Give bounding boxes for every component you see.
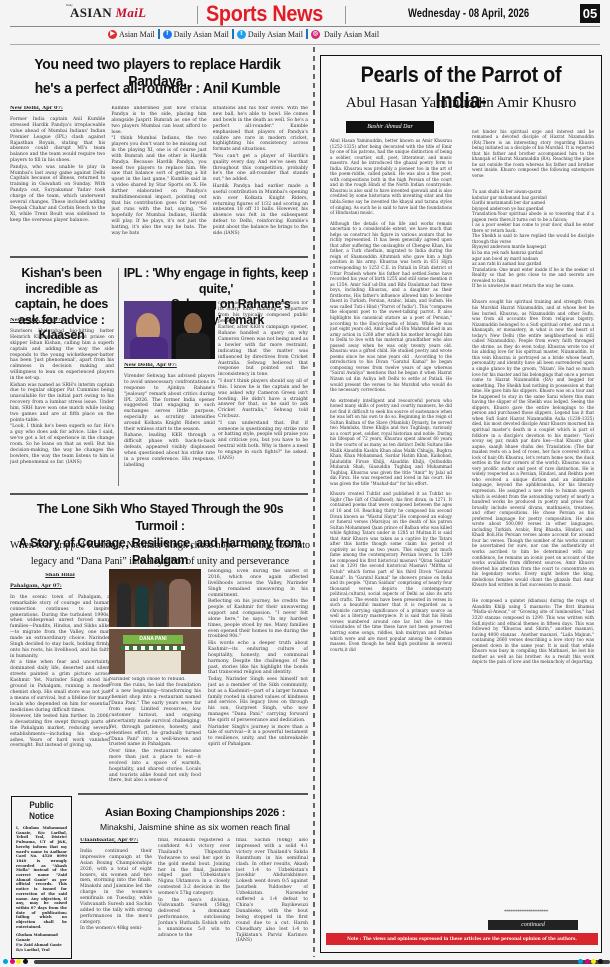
restaurant-awning (121, 646, 185, 650)
paragraph: Abul Hasan Yaminuddin, better known as A… (330, 138, 452, 216)
article-columns: belonging. Even during the unrest of 201… (208, 569, 308, 788)
paragraph: situations and his four overs. With the … (213, 106, 308, 153)
photo-figure-sehwag (184, 313, 202, 335)
twitter-icon[interactable]: t (237, 30, 246, 39)
headline-line: IPL : 'Why engage in fights, keep quite,… (124, 266, 309, 296)
signature-line: R/o Laribal, Tral (16, 948, 67, 953)
feature-column: not hinder his spiritual urge and intere… (472, 123, 594, 905)
cyan-dot-icon (578, 959, 583, 964)
paragraph: His words echo a deeper truth about Kash… (208, 641, 308, 676)
article-column: final, Minakshi registered a confident 4… (158, 838, 230, 953)
social-facebook-label[interactable]: Daily Asian Mail (174, 30, 229, 39)
article-column: New Delhi, Apr 07: Virender Sehwag has a… (124, 363, 215, 488)
article-column: New Delhi, Apr 07: Former India captain … (10, 106, 105, 252)
paragraph: Narinder Singh's journey is more than a … (208, 725, 308, 749)
paragraph: not hinder his spiritual urge and intere… (472, 129, 594, 179)
paragraph: belonging. Even during the unrest of 201… (208, 569, 308, 599)
page-number: 05 (580, 4, 600, 23)
masthead-divider (197, 6, 198, 24)
restaurant-sign: DANA PANI (123, 635, 183, 644)
instagram-icon[interactable]: ◎ (311, 30, 320, 39)
article-columns: New Delhi, Apr 07: Former India captain … (10, 106, 308, 252)
article-photo-restaurant: DANA PANI (109, 629, 201, 674)
section-divider (10, 256, 308, 258)
article-column: Shah Hilal Pahalgam, Apr 07: In the scen… (10, 573, 110, 788)
social-instagram-label[interactable]: Daily Asian Mail (324, 30, 379, 39)
article-column: Narinder Singh chose to rebuild. From th… (109, 677, 201, 788)
paragraph: Sunrisers Hyderabad big-hitting batter H… (10, 329, 114, 382)
section-divider (78, 793, 308, 795)
photo-figure-rahane-jersey (130, 337, 168, 359)
column-divider (118, 268, 119, 486)
article-column: situations and his four overs. With the … (213, 106, 308, 252)
notice-title: Public Notice (20, 800, 63, 822)
social-youtube-label[interactable]: Asian Mail (119, 30, 155, 39)
article-subheadline: When fear gripped Kashmir, Narinder Sing… (8, 538, 312, 570)
signature-line: Ghulam Mohammad Ganaie (16, 933, 67, 942)
paragraph: critics as "jealous" drew attention for … (218, 301, 308, 325)
paragraph: Khusro created Tuhfat and published it a… (330, 491, 452, 652)
article-column: New Delhi, Apr 07: Sunrisers Hyderabad b… (10, 318, 114, 488)
article-headline: Asian Boxing Championships 2026 : (80, 807, 310, 819)
paragraph: Virender Sehwag has advised players to a… (124, 374, 215, 433)
notice-signature: Ghulam Mohammad Ganaie F/o Zaid Ahmad Ga… (16, 933, 67, 952)
paragraph: Reflecting on his journey, he credits th… (208, 599, 308, 640)
dateline: New Delhi, Apr 07: (10, 106, 105, 112)
social-links: ▶ Asian Mail f Daily Asian Mail t Daily … (108, 29, 379, 39)
publication-date: Wednesday - 08 April, 2026 (408, 8, 529, 20)
notice-body: I, Ghulam Mohammad Ganaie, R/o Laribal, … (16, 826, 67, 929)
black-dot-icon (598, 959, 603, 964)
photo-person (169, 579, 191, 627)
logo-mail: MaiL (116, 5, 147, 20)
paragraph: He composed a quintet (khamsa) during th… (472, 598, 594, 665)
paragraph: Kishan was named as SRH's interim captai… (10, 383, 114, 424)
print-bar-spacer (0, 960, 575, 964)
article-photo (124, 301, 215, 359)
article-column: belonging. Even during the unrest of 201… (208, 569, 308, 788)
paragraph: Today, Narinder Singh sees himself not j… (208, 677, 308, 724)
paragraph: final, Minakshi registered a confident 4… (158, 838, 230, 897)
social-divider (306, 29, 308, 39)
article-headline: he's a perfect all-rounder : Anil Kumble (22, 80, 293, 97)
dashed-divider (313, 47, 315, 957)
photo-person (135, 585, 149, 627)
section-divider (10, 493, 308, 495)
yellow-dot-icon (591, 959, 596, 964)
article-photo-family (109, 569, 201, 627)
paragraph: However, life tested him further. In 200… (10, 714, 110, 749)
paragraph: Although the details of his life and wor… (330, 221, 452, 393)
public-notice: Public Notice I, Ghulam Mohammad Ganaie,… (11, 796, 72, 959)
dateline: Pahalgam, Apr 07: (10, 584, 110, 590)
paragraph: Hardik Pandya had earlier made a useful … (213, 184, 308, 237)
article-subheadline: Minakshi, Jaismine shine as six women re… (80, 822, 310, 832)
restaurant-storefront (125, 651, 181, 674)
dateline: Ulaanbaatar, Apr 07: (80, 838, 152, 844)
social-divider (232, 29, 234, 39)
youtube-icon[interactable]: ▶ (108, 30, 117, 39)
article-column: Kumble underlined just how crucial Pandy… (111, 106, 206, 252)
feature-subheadline: Abul Hasan Yaminuddin Amir Khusro (322, 95, 600, 112)
paragraph: "I think Mumbai Indians, the two players… (111, 136, 206, 236)
paragraph: "I can understand that. But if someone i… (218, 421, 308, 462)
paragraph: Former India captain Anil Kumble stresse… (10, 117, 105, 164)
feature-column: Abul Hasan Yaminuddin, better known as A… (330, 138, 452, 933)
paragraph: India continued their impressive campaig… (80, 849, 152, 926)
dateline: New Delhi, Apr 07: (124, 363, 215, 369)
facebook-icon[interactable]: f (163, 30, 172, 39)
article-columns: Ulaanbaatar, Apr 07: India continued the… (80, 838, 308, 953)
article-columns: New Delhi, Apr 07: Sunrisers Hyderabad b… (10, 318, 114, 488)
paragraph: final. Sachin (60kg) also impressed with… (236, 838, 308, 944)
author-byline: Bashir Ahmad Dar (346, 121, 434, 133)
disclaimer-banner: Note : The views and opinions expressed … (326, 933, 598, 945)
paragraph: Rahane, leading KKR through a difficult … (124, 433, 215, 468)
masthead-rule (10, 44, 600, 45)
article-columns: Shah Hilal Pahalgam, Apr 07: In the scen… (10, 573, 110, 788)
paragraph: "Look, I think he's been superb so far. … (10, 424, 114, 465)
paragraph: Earlier, after KKR's campaign opener, Ra… (218, 325, 308, 378)
photo-person (153, 581, 167, 627)
article-columns: New Delhi, Apr 07: Virender Sehwag has a… (124, 363, 215, 488)
verse-block: Tu aan shahi ki ber aiwan-qasrat kabutar… (472, 189, 594, 289)
article-columns: Narinder Singh chose to rebuild. From th… (109, 677, 201, 788)
section-title: Sports News (206, 1, 323, 27)
masthead-divider (345, 6, 346, 24)
paragraph: Pandya, who was unable to play in Mumbai… (10, 165, 105, 224)
paragraph: An extremely intelligent and resourceful… (330, 398, 452, 487)
article-column: critics as "jealous" drew attention for … (218, 301, 308, 488)
paragraph: Khusro sought his spiritual training and… (472, 299, 594, 587)
logo[interactable]: ASIAN MaiL (70, 5, 146, 21)
photo-figure-sehwag-shirt (176, 333, 210, 359)
social-twitter-label[interactable]: Daily Asian Mail (248, 30, 303, 39)
paragraph: In the women's 48kg semi- (80, 926, 152, 932)
paragraph: In the scenic town of Pahalgam, a remark… (10, 595, 110, 660)
masthead: Daily ASIAN MaiL Sports News Wednesday -… (0, 0, 610, 46)
paragraph: "You can't get a player of Hardik's qual… (213, 154, 308, 184)
paragraph: In the men's division, Vishvanath Suresh… (158, 898, 230, 939)
cmyk-registration-marks (578, 959, 603, 964)
paragraph: At a time when fear and uncertainty domi… (10, 660, 110, 713)
dateline: New Delhi, Apr 07: (10, 318, 114, 324)
masthead-rule (10, 26, 600, 27)
byline: Shah Hilal (10, 573, 110, 579)
paragraph: From the ruins, he laid the foundation o… (109, 683, 201, 748)
continued-label: continued (488, 920, 578, 930)
social-divider (158, 29, 160, 39)
article-column: final. Sachin (60kg) also impressed with… (236, 838, 308, 953)
separator-stars: ******************** (504, 909, 548, 915)
paragraph: "I don't think players should say all of… (218, 379, 308, 420)
logo-asian: ASIAN (70, 5, 112, 20)
paragraph: Kumble underlined just how crucial Pandy… (111, 106, 206, 136)
article-columns: critics as "jealous" drew attention for … (218, 301, 308, 488)
paragraph: Over time, the restaurant became more th… (109, 749, 201, 784)
headline-line: The Lone Sikh Who Stayed Through the 90s… (37, 501, 284, 533)
magenta-dot-icon (585, 959, 590, 964)
photo-person (117, 583, 131, 627)
signature-line: F/o Zaid Ahmad Ganie (16, 943, 67, 948)
article-column: Ulaanbaatar, Apr 07: India continued the… (80, 838, 152, 953)
